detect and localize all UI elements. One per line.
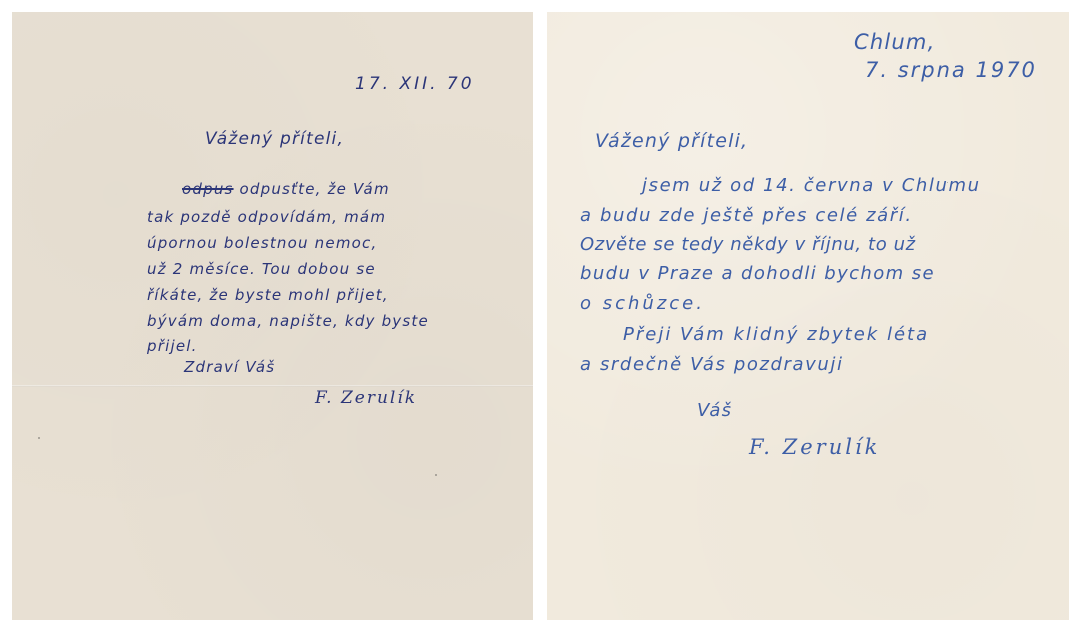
- left-letter-line-5: říkáte, že byste mohl přijet,: [147, 286, 389, 304]
- right-letter-salutation: Vážený příteli,: [595, 130, 748, 152]
- left-letter-line-2: tak pozdě odpovídám, mám: [147, 208, 386, 226]
- right-letter-closing: Váš: [697, 400, 732, 421]
- left-letter-salutation: Vážený příteli,: [205, 129, 344, 149]
- left-letter-line-7: přijel.: [147, 337, 198, 355]
- right-letter-place: Chlum,: [854, 30, 935, 54]
- right-letter-line-2: a budu zde ještě přes celé září.: [580, 205, 913, 226]
- right-letter-line-7: a srdečně Vás pozdravuji: [580, 354, 844, 375]
- right-letter-page: Chlum, 7. srpna 1970 Vážený příteli, jse…: [547, 12, 1069, 620]
- paper-fold-line: [12, 385, 533, 387]
- paper-speck: [38, 437, 40, 439]
- paper-speck: [435, 474, 437, 476]
- left-letter-signature: F. Zerulík: [315, 388, 417, 408]
- left-letter-line-3: úpornou bolestnou nemoc,: [147, 234, 377, 252]
- paper-speck: [947, 182, 948, 183]
- left-letter-line-4: už 2 měsíce. Tou dobou se: [147, 260, 376, 278]
- left-letter-page: 17. XII. 70 Vážený příteli, odpus odpusť…: [12, 12, 533, 620]
- right-letter-date: 7. srpna 1970: [865, 58, 1037, 82]
- left-letter-line-6: bývám doma, napište, kdy byste: [147, 312, 429, 330]
- struck-out-word: odpus: [182, 180, 234, 198]
- left-letter-line-1: odpus odpusťte, že Vám: [182, 180, 390, 198]
- left-letter-closing: Zdraví Váš: [184, 358, 275, 376]
- left-letter-date: 17. XII. 70: [355, 74, 475, 94]
- right-letter-line-5: o schůzce.: [580, 293, 705, 314]
- right-letter-line-4: budu v Praze a dohodli bychom se: [580, 263, 935, 284]
- right-letter-line-3: Ozvěte se tedy někdy v říjnu, to už: [580, 234, 916, 255]
- right-letter-line-1: jsem už od 14. června v Chlumu: [642, 175, 981, 196]
- right-letter-signature: F. Zerulík: [749, 435, 880, 459]
- right-letter-line-6: Přeji Vám klidný zbytek léta: [623, 324, 929, 345]
